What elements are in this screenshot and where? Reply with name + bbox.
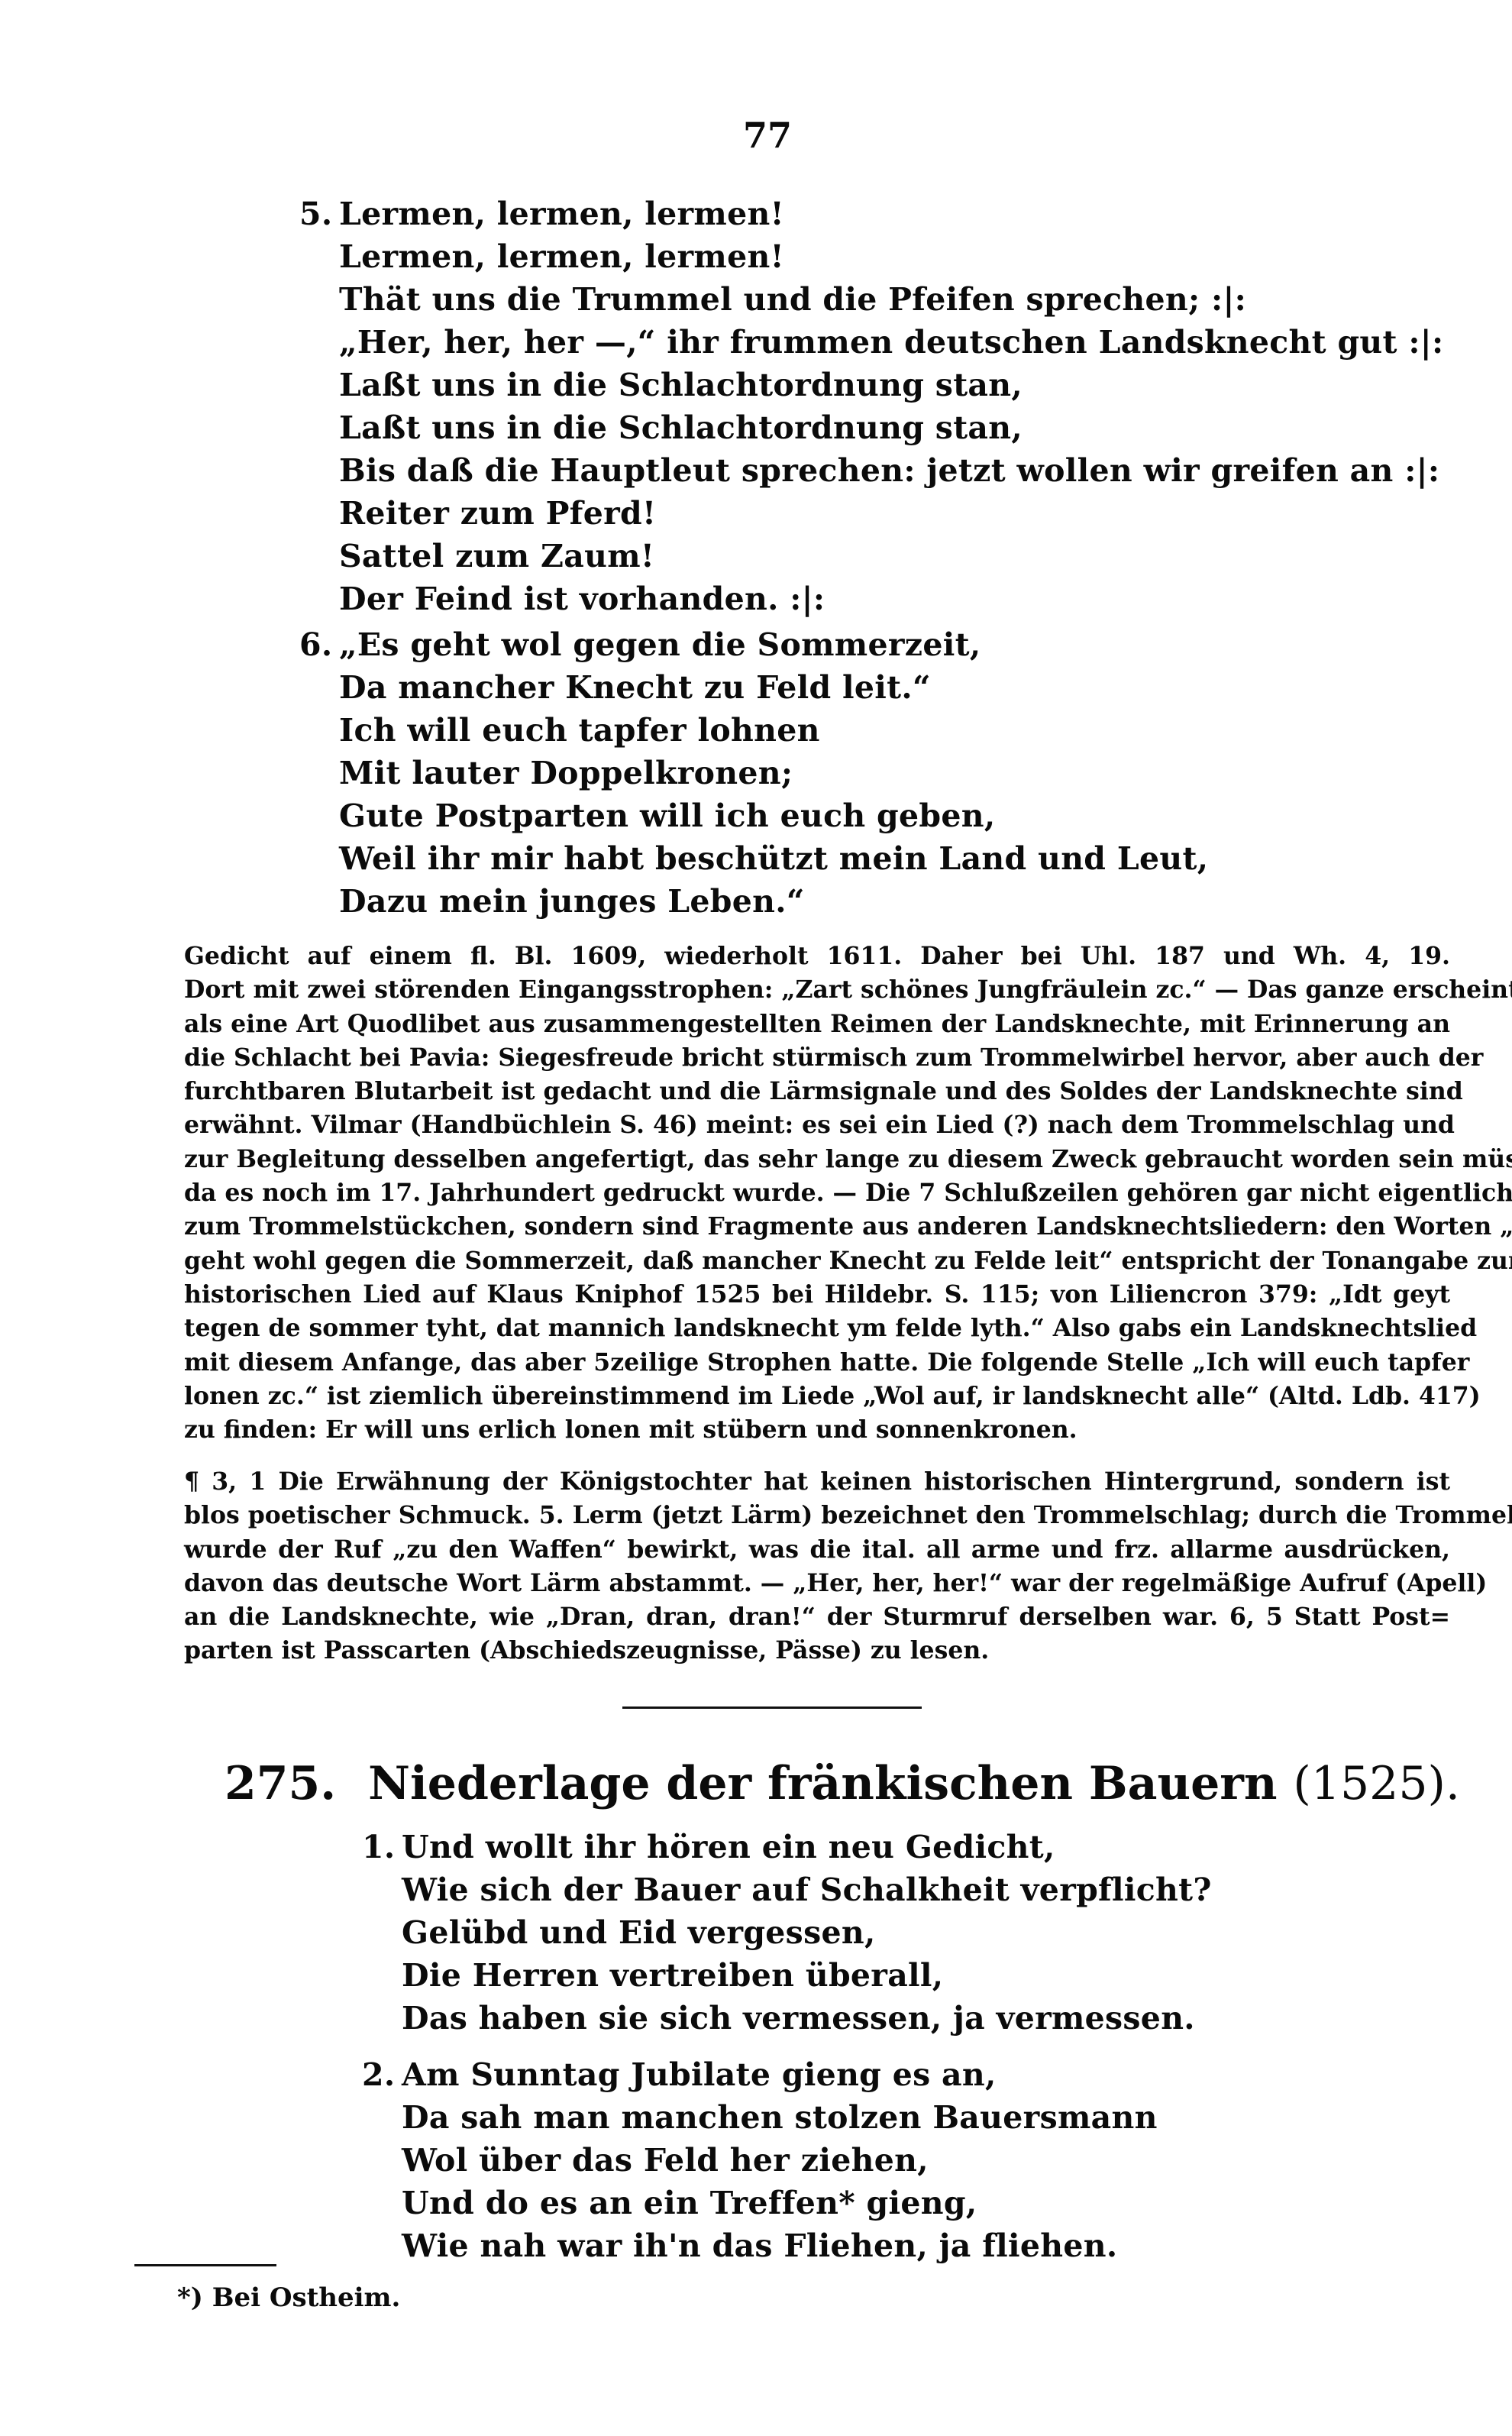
- verse-line: Wol über das Feld her ziehen,: [362, 2139, 1158, 2182]
- verse-line: 1.Und wollt ihr hören ein neu Gedicht,: [362, 1826, 1212, 1868]
- commentary-line: zur Begleitung desselben angefertigt, da…: [184, 1143, 1450, 1176]
- commentary-line: ¶ 3, 1 Die Erwähnung der Königstochter h…: [184, 1465, 1450, 1499]
- commentary-line: an die Landsknechte, wie „Dran, dran, dr…: [184, 1600, 1450, 1634]
- song-275-verse-2: 2.Am Sunntag Jubilate gieng es an, Da sa…: [362, 2053, 1158, 2267]
- verse-line: Wie nah war ih'n das Fliehen, ja fliehen…: [362, 2224, 1158, 2267]
- verse-6: 6.„Es geht wol gegen die Sommerzeit, Da …: [299, 623, 1208, 923]
- verse-5: 5.Lermen, lermen, lermen! Lermen, lermen…: [299, 192, 1443, 620]
- commentary-line: geht wohl gegen die Sommerzeit, daß manc…: [184, 1244, 1450, 1278]
- page-number: 77: [0, 115, 1512, 156]
- verse-line: Da mancher Knecht zu Feld leit.“: [299, 666, 1208, 709]
- section-divider: [622, 1706, 922, 1709]
- verse-line: 2.Am Sunntag Jubilate gieng es an,: [362, 2053, 1158, 2096]
- verse-line: Mit lauter Doppelkronen;: [299, 752, 1208, 794]
- verse-line: Weil ihr mir habt beschützt mein Land un…: [299, 837, 1208, 880]
- verse-line: Dazu mein junges Leben.“: [299, 880, 1208, 923]
- verse-line: 6.„Es geht wol gegen die Sommerzeit,: [299, 623, 1208, 666]
- verse-line: Gute Postparten will ich euch geben,: [299, 794, 1208, 837]
- verse-line: Laßt uns in die Schlachtordnung stan,: [299, 406, 1443, 449]
- commentary-line: da es noch im 17. Jahrhundert gedruckt w…: [184, 1176, 1450, 1210]
- verse-line: Sattel zum Zaum!: [299, 535, 1443, 577]
- verse-number: 6.: [299, 623, 332, 666]
- commentary-line: parten ist Passcarten (Abschiedszeugniss…: [184, 1634, 1450, 1668]
- commentary-line: tegen de sommer tyht, dat mannich landsk…: [184, 1312, 1450, 1345]
- verse-line: Lermen, lermen, lermen!: [299, 235, 1443, 278]
- commentary-line: mit diesem Anfange, das aber 5zeilige St…: [184, 1346, 1450, 1380]
- commentary-line: Dort mit zwei störenden Eingangsstrophen…: [184, 973, 1450, 1007]
- song-275-verse-1: 1.Und wollt ihr hören ein neu Gedicht, W…: [362, 1826, 1212, 2040]
- commentary-line: wurde der Ruf „zu den Waffen“ bewirkt, w…: [184, 1533, 1450, 1567]
- verse-line: Bis daß die Hauptleut sprechen: jetzt wo…: [299, 449, 1443, 492]
- commentary-line: als eine Art Quodlibet aus zusammengeste…: [184, 1008, 1450, 1041]
- commentary-line: lonen zc.“ ist ziemlich übereinstimmend …: [184, 1380, 1450, 1413]
- commentary-line: die Schlacht bei Pavia: Siegesfreude bri…: [184, 1041, 1450, 1075]
- footnote-divider: [134, 2264, 276, 2266]
- verse-number: 1.: [362, 1826, 395, 1868]
- song-heading: 275.Niederlage der fränkischen Bauern (1…: [225, 1757, 1460, 1810]
- verse-line: Reiter zum Pferd!: [299, 492, 1443, 535]
- song-title: Niederlage der fränkischen Bauern: [368, 1757, 1277, 1810]
- verse-line: Der Feind ist vorhanden. :|:: [299, 577, 1443, 620]
- commentary-line: Gedicht auf einem fl. Bl. 1609, wiederho…: [184, 940, 1450, 973]
- verse-line: Da sah man manchen stolzen Bauersmann: [362, 2096, 1158, 2139]
- song-year: (1525).: [1293, 1757, 1460, 1810]
- footnote: *) Bei Ostheim.: [177, 2282, 400, 2313]
- commentary-line: furchtbaren Blutarbeit ist gedacht und d…: [184, 1075, 1450, 1108]
- verse-line: 5.Lermen, lermen, lermen!: [299, 192, 1443, 235]
- commentary-paragraph-2: ¶ 3, 1 Die Erwähnung der Königstochter h…: [184, 1465, 1450, 1668]
- verse-line: Ich will euch tapfer lohnen: [299, 709, 1208, 752]
- verse-line: Wie sich der Bauer auf Schalkheit verpfl…: [362, 1868, 1212, 1911]
- commentary-paragraph-1: Gedicht auf einem fl. Bl. 1609, wiederho…: [184, 940, 1450, 1447]
- verse-line: Thät uns die Trummel und die Pfeifen spr…: [299, 278, 1443, 321]
- commentary-line: blos poetischer Schmuck. 5. Lerm (jetzt …: [184, 1499, 1450, 1532]
- verse-number: 2.: [362, 2053, 395, 2096]
- commentary-line: historischen Lied auf Klaus Kniphof 1525…: [184, 1278, 1450, 1312]
- verse-line: Laßt uns in die Schlachtordnung stan,: [299, 364, 1443, 406]
- verse-line: Gelübd und Eid vergessen,: [362, 1911, 1212, 1954]
- verse-line: Das haben sie sich vermessen, ja vermess…: [362, 1997, 1212, 2040]
- verse-number: 5.: [299, 192, 332, 235]
- verse-line: Die Herren vertreiben überall,: [362, 1954, 1212, 1997]
- commentary-line: erwähnt. Vilmar (Handbüchlein S. 46) mei…: [184, 1108, 1450, 1142]
- verse-line: Und do es an ein Treffen* gieng,: [362, 2182, 1158, 2224]
- verse-line: „Her, her, her —,“ ihr frummen deutschen…: [299, 321, 1443, 364]
- commentary-line: davon das deutsche Wort Lärm abstammt. —…: [184, 1567, 1450, 1600]
- commentary-line: zu finden: Er will uns erlich lonen mit …: [184, 1413, 1450, 1447]
- song-number: 275.: [225, 1757, 336, 1810]
- commentary-line: zum Trommelstückchen, sondern sind Fragm…: [184, 1210, 1450, 1244]
